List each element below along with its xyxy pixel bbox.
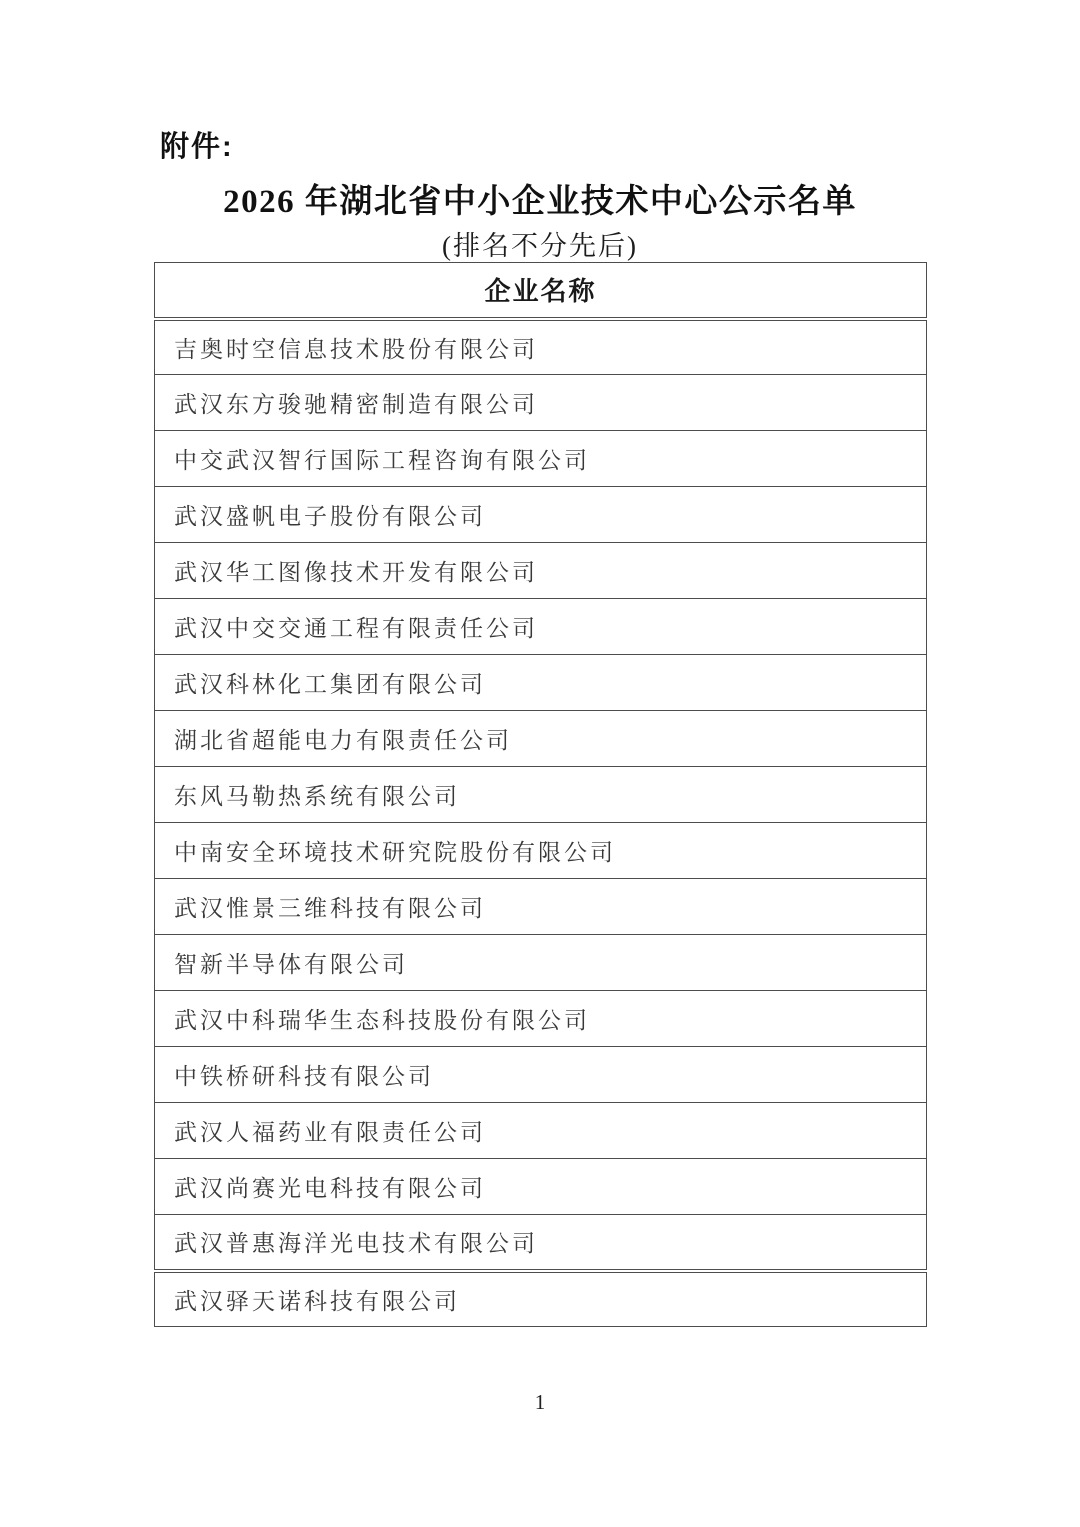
company-table: 企业名称 吉奥时空信息技术股份有限公司 武汉东方骏驰精密制造有限公司 中交武汉智… [154, 262, 927, 1327]
table-row: 武汉盛帆电子股份有限公司 [155, 487, 927, 543]
page-subtitle: (排名不分先后) [0, 224, 1080, 263]
company-name-cell: 武汉中交交通工程有限责任公司 [155, 599, 927, 655]
document-page: 附件: 2026 年湖北省中小企业技术中心公示名单 (排名不分先后) 企业名称 … [0, 0, 1080, 1527]
attachment-label: 附件: [160, 124, 234, 165]
table-row: 武汉驿天诺科技有限公司 [155, 1271, 927, 1327]
company-name-cell: 武汉华工图像技术开发有限公司 [155, 543, 927, 599]
table-row: 湖北省超能电力有限责任公司 [155, 711, 927, 767]
company-name-cell: 武汉尚赛光电科技有限公司 [155, 1159, 927, 1215]
company-name-cell: 武汉中科瑞华生态科技股份有限公司 [155, 991, 927, 1047]
company-name-cell: 武汉普惠海洋光电技术有限公司 [155, 1215, 927, 1271]
table-row: 武汉惟景三维科技有限公司 [155, 879, 927, 935]
table-row: 东风马勒热系统有限公司 [155, 767, 927, 823]
table-row: 中南安全环境技术研究院股份有限公司 [155, 823, 927, 879]
table-row: 武汉中交交通工程有限责任公司 [155, 599, 927, 655]
company-name-cell: 智新半导体有限公司 [155, 935, 927, 991]
company-name-cell: 吉奥时空信息技术股份有限公司 [155, 319, 927, 375]
page-number: 1 [0, 1390, 1080, 1415]
table-row: 武汉中科瑞华生态科技股份有限公司 [155, 991, 927, 1047]
table-row: 武汉华工图像技术开发有限公司 [155, 543, 927, 599]
company-name-cell: 中铁桥研科技有限公司 [155, 1047, 927, 1103]
table-row: 武汉东方骏驰精密制造有限公司 [155, 375, 927, 431]
table-header-row: 企业名称 [155, 263, 927, 319]
table-row: 中铁桥研科技有限公司 [155, 1047, 927, 1103]
company-name-cell: 武汉科林化工集团有限公司 [155, 655, 927, 711]
company-table-head: 企业名称 [155, 263, 927, 319]
table-row: 吉奥时空信息技术股份有限公司 [155, 319, 927, 375]
company-name-cell: 武汉驿天诺科技有限公司 [155, 1271, 927, 1327]
page-title: 2026 年湖北省中小企业技术中心公示名单 [0, 175, 1080, 222]
table-row: 武汉普惠海洋光电技术有限公司 [155, 1215, 927, 1271]
table-row: 中交武汉智行国际工程咨询有限公司 [155, 431, 927, 487]
company-name-cell: 武汉人福药业有限责任公司 [155, 1103, 927, 1159]
company-name-cell: 武汉东方骏驰精密制造有限公司 [155, 375, 927, 431]
column-header-company-name: 企业名称 [155, 263, 927, 319]
table-row: 武汉尚赛光电科技有限公司 [155, 1159, 927, 1215]
company-name-cell: 武汉盛帆电子股份有限公司 [155, 487, 927, 543]
company-name-cell: 中交武汉智行国际工程咨询有限公司 [155, 431, 927, 487]
company-name-cell: 湖北省超能电力有限责任公司 [155, 711, 927, 767]
company-name-cell: 武汉惟景三维科技有限公司 [155, 879, 927, 935]
company-table-body: 吉奥时空信息技术股份有限公司 武汉东方骏驰精密制造有限公司 中交武汉智行国际工程… [155, 319, 927, 1327]
table-row: 智新半导体有限公司 [155, 935, 927, 991]
company-name-cell: 东风马勒热系统有限公司 [155, 767, 927, 823]
table-row: 武汉人福药业有限责任公司 [155, 1103, 927, 1159]
table-row: 武汉科林化工集团有限公司 [155, 655, 927, 711]
company-name-cell: 中南安全环境技术研究院股份有限公司 [155, 823, 927, 879]
